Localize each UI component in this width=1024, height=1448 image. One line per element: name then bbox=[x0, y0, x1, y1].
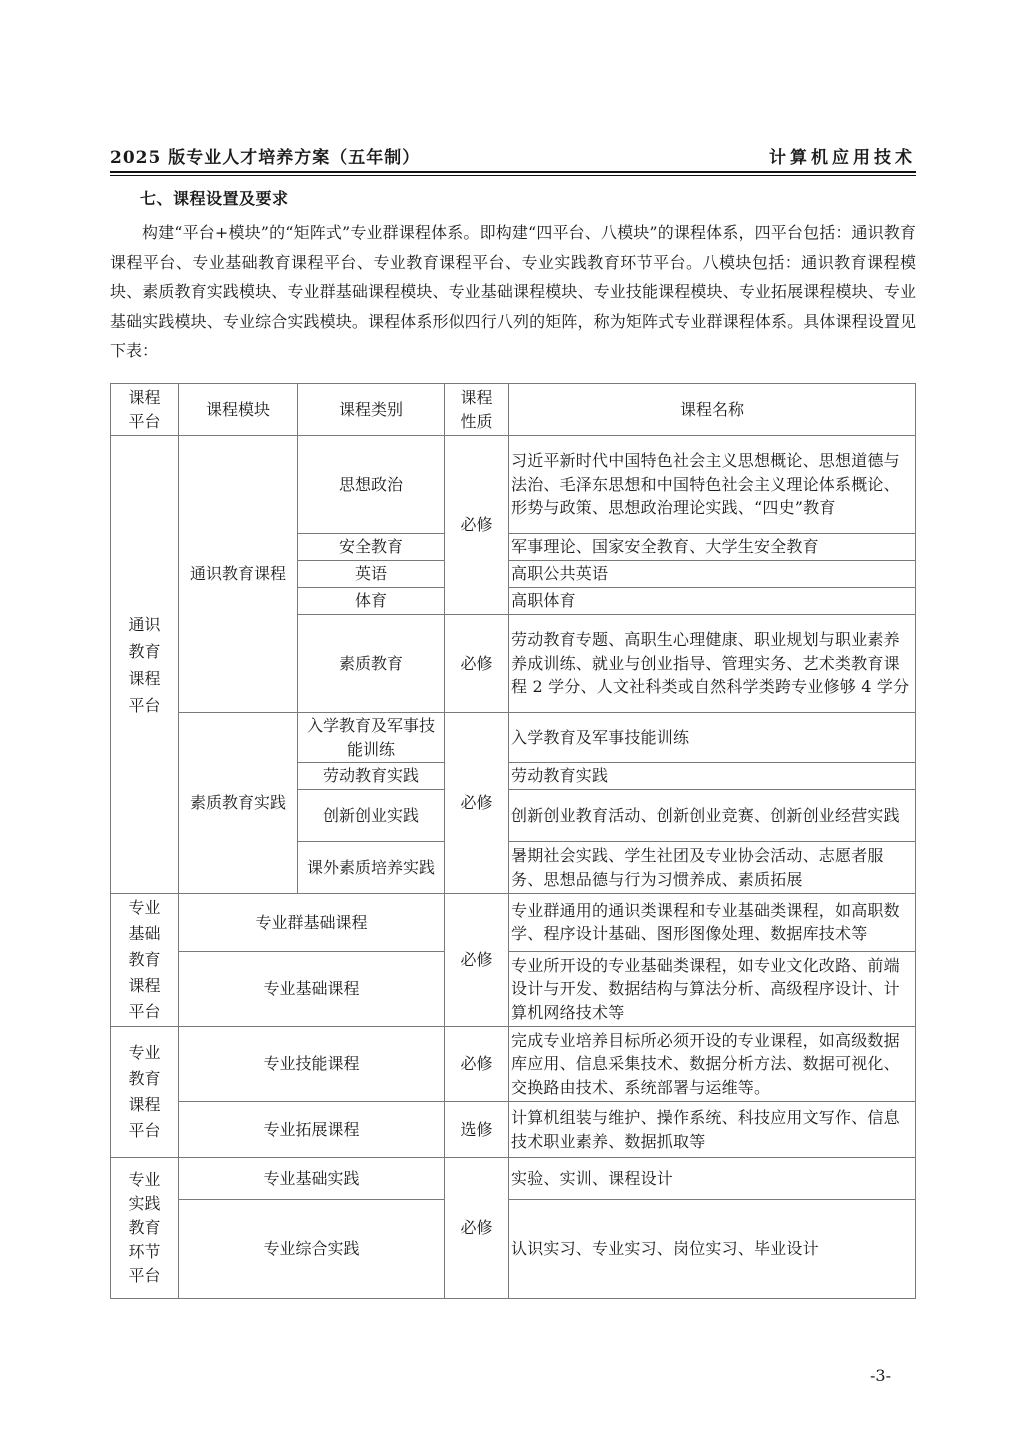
header-document-title: 2025 版专业人才培养方案（五年制） bbox=[110, 143, 420, 168]
course-names-cell: 计算机组装与维护、操作系统、科技应用文写作、信息技术职业素养、数据抓取等 bbox=[509, 1102, 916, 1158]
course-names-cell: 暑期社会实践、学生社团及专业协会活动、志愿者服务、思想品德与行为习惯养成、素质拓… bbox=[509, 842, 916, 894]
course-names-cell: 实验、实训、课程设计 bbox=[509, 1158, 916, 1200]
course-names-cell: 完成专业培养目标所必须开设的专业课程，如高级数据库应用、信息采集技术、数据分析方… bbox=[509, 1027, 916, 1102]
header-category: 课程类别 bbox=[298, 384, 445, 436]
nature-cell: 选修 bbox=[445, 1102, 509, 1158]
nature-cell: 必修 bbox=[445, 1027, 509, 1102]
category-cell: 英语 bbox=[298, 561, 445, 588]
header-platform: 课程平台 bbox=[111, 384, 179, 436]
table-row: 专业基础教育课程平台 专业群基础课程 必修 专业群通用的通识类课程和专业基础类课… bbox=[111, 894, 916, 952]
platform-cell: 通识教育课程平台 bbox=[111, 436, 179, 894]
course-names-cell: 高职公共英语 bbox=[509, 561, 916, 588]
nature-cell: 必修 bbox=[445, 615, 509, 713]
course-names-cell: 高职体育 bbox=[509, 588, 916, 615]
header-major-name: 计算机应用技术 bbox=[769, 143, 916, 168]
header-divider bbox=[110, 171, 916, 176]
course-names-cell: 认识实习、专业实习、岗位实习、毕业设计 bbox=[509, 1200, 916, 1299]
nature-cell: 必修 bbox=[445, 894, 509, 1027]
table-row: 专业综合实践 认识实习、专业实习、岗位实习、毕业设计 bbox=[111, 1200, 916, 1299]
platform-cell: 专业教育课程平台 bbox=[111, 1027, 179, 1158]
platform-cell: 专业基础教育课程平台 bbox=[111, 894, 179, 1027]
nature-cell: 必修 bbox=[445, 713, 509, 894]
course-table: 课程平台 课程模块 课程类别 课程性质 课程名称 通识教育课程平台 通识教育课程… bbox=[110, 383, 916, 1299]
table-row: 素质教育实践 入学教育及军事技能训练 必修 入学教育及军事技能训练 bbox=[111, 713, 916, 763]
course-names-cell: 劳动教育专题、高职生心理健康、职业规划与职业素养养成训练、就业与创业指导、管理实… bbox=[509, 615, 916, 713]
category-cell: 课外素质培养实践 bbox=[298, 842, 445, 894]
course-names-cell: 习近平新时代中国特色社会主义思想概论、思想道德与法治、毛泽东思想和中国特色社会主… bbox=[509, 436, 916, 534]
nature-cell: 必修 bbox=[445, 436, 509, 615]
course-names-cell: 入学教育及军事技能训练 bbox=[509, 713, 916, 763]
category-cell: 思想政治 bbox=[298, 436, 445, 534]
table-row: 专业基础课程 专业所开设的专业基础类课程，如专业文化改路、前端设计与开发、数据结… bbox=[111, 951, 916, 1027]
header-course-name: 课程名称 bbox=[509, 384, 916, 436]
platform-cell: 专业实践教育环节平台 bbox=[111, 1158, 179, 1299]
table-row: 专业实践教育环节平台 专业基础实践 必修 实验、实训、课程设计 bbox=[111, 1158, 916, 1200]
course-names-cell: 专业所开设的专业基础类课程，如专业文化改路、前端设计与开发、数据结构与算法分析、… bbox=[509, 951, 916, 1027]
course-names-cell: 劳动教育实践 bbox=[509, 763, 916, 790]
category-cell: 体育 bbox=[298, 588, 445, 615]
category-cell: 素质教育 bbox=[298, 615, 445, 713]
category-cell: 专业综合实践 bbox=[179, 1200, 445, 1299]
category-cell: 创新创业实践 bbox=[298, 790, 445, 842]
category-cell: 劳动教育实践 bbox=[298, 763, 445, 790]
category-cell: 入学教育及军事技能训练 bbox=[298, 713, 445, 763]
category-cell: 专业拓展课程 bbox=[179, 1102, 445, 1158]
course-names-cell: 军事理论、国家安全教育、大学生安全教育 bbox=[509, 534, 916, 561]
intro-paragraph: 构建“平台+模块”的“矩阵式”专业群课程体系。即构建“四平台、八模块”的课程体系… bbox=[110, 218, 916, 366]
category-cell: 安全教育 bbox=[298, 534, 445, 561]
module-cell: 素质教育实践 bbox=[179, 713, 298, 894]
category-cell: 专业群基础课程 bbox=[179, 894, 445, 952]
category-cell: 专业基础课程 bbox=[179, 951, 445, 1027]
table-row: 专业教育课程平台 专业技能课程 必修 完成专业培养目标所必须开设的专业课程，如高… bbox=[111, 1027, 916, 1102]
header-module: 课程模块 bbox=[179, 384, 298, 436]
module-cell: 通识教育课程 bbox=[179, 436, 298, 713]
page-header: 2025 版专业人才培养方案（五年制） 计算机应用技术 bbox=[110, 144, 916, 168]
nature-cell: 必修 bbox=[445, 1158, 509, 1299]
table-row: 通识教育课程平台 通识教育课程 思想政治 必修 习近平新时代中国特色社会主义思想… bbox=[111, 436, 916, 534]
header-nature: 课程性质 bbox=[445, 384, 509, 436]
page-number: -3- bbox=[870, 1366, 891, 1385]
table-header-row: 课程平台 课程模块 课程类别 课程性质 课程名称 bbox=[111, 384, 916, 436]
course-names-cell: 专业群通用的通识类课程和专业基础类课程，如高职数学、程序设计基础、图形图像处理、… bbox=[509, 894, 916, 952]
category-cell: 专业技能课程 bbox=[179, 1027, 445, 1102]
table-row: 专业拓展课程 选修 计算机组装与维护、操作系统、科技应用文写作、信息技术职业素养… bbox=[111, 1102, 916, 1158]
section-title: 七、课程设置及要求 bbox=[140, 186, 289, 209]
category-cell: 专业基础实践 bbox=[179, 1158, 445, 1200]
course-names-cell: 创新创业教育活动、创新创业竞赛、创新创业经营实践 bbox=[509, 790, 916, 842]
